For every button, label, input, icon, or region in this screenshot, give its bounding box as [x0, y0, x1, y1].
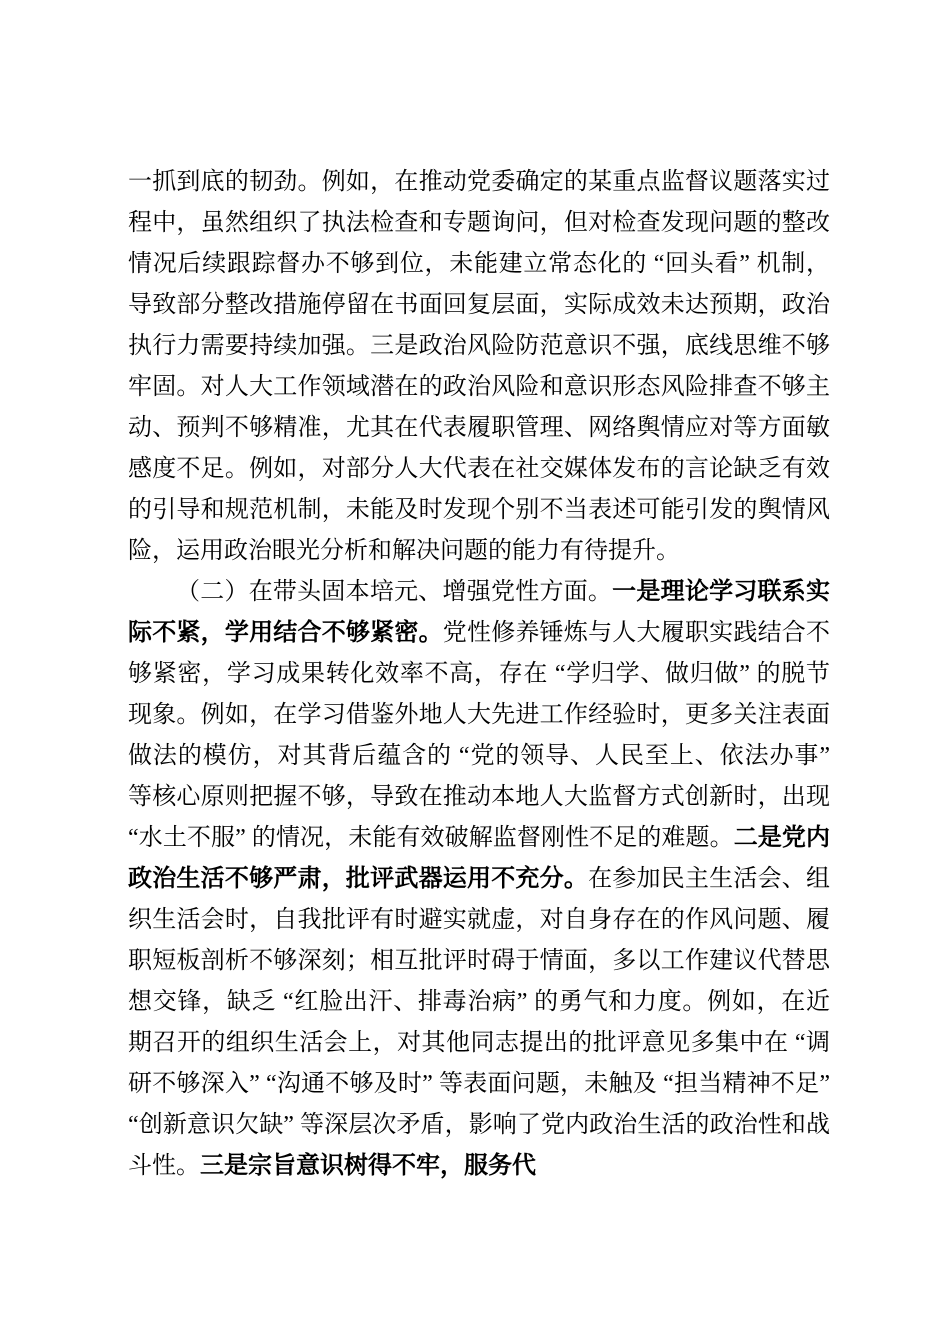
text-run: 党性修养锤炼与人大履职实践结合不够紧密，学习成果转化效率不高，存在 “学归学、做…	[128, 620, 830, 851]
text-run: 一抓到底的韧劲。例如，在推动党委确定的某重点监督议题落实过程中，虽然组织了执法检…	[128, 169, 830, 564]
text-run-bold: 三是宗旨意识树得不牢，服务代	[200, 1153, 536, 1179]
paragraph: （二）在带头固本培元、增强党性方面。一是理论学习联系实际不紧，学用结合不够紧密。…	[128, 572, 830, 1187]
text-run: （二）在带头固本培元、增强党性方面。	[176, 579, 612, 605]
document-page: 一抓到底的韧劲。例如，在推动党委确定的某重点监督议题落实过程中，虽然组织了执法检…	[0, 0, 950, 1344]
text-run: 在参加民主生活会、组织生活会时，自我批评有时避实就虚，对自身存在的作风问题、履职…	[128, 866, 830, 1179]
document-body: 一抓到底的韧劲。例如，在推动党委确定的某重点监督议题落实过程中，虽然组织了执法检…	[128, 162, 830, 1187]
paragraph: 一抓到底的韧劲。例如，在推动党委确定的某重点监督议题落实过程中，虽然组织了执法检…	[128, 162, 830, 572]
